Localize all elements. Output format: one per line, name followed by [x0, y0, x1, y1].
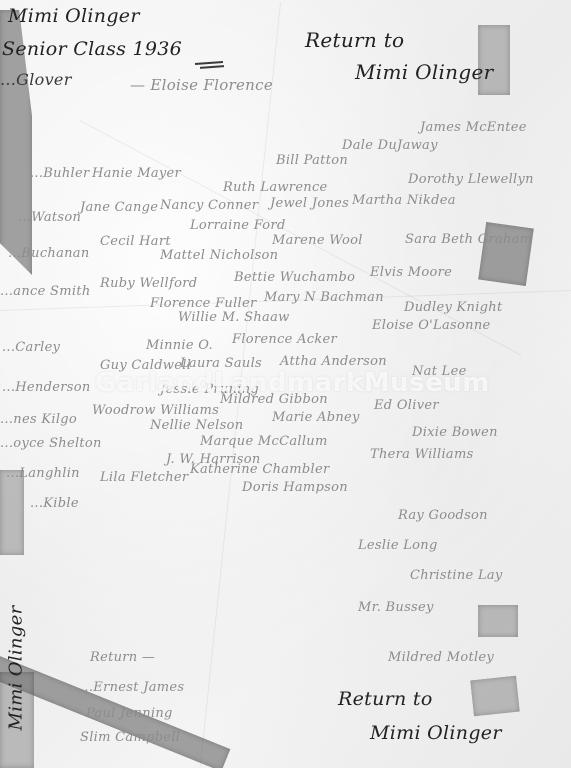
signature: Mary N Bachman — [264, 290, 384, 305]
signature: ...nes Kilgo — [0, 412, 77, 427]
signature: ...Kible — [30, 496, 79, 511]
header-line3-right: — Eloise Florence — [130, 76, 273, 94]
return-to-bottom-line2: Mimi Olinger — [370, 722, 502, 744]
signature: Cecil Hart — [100, 234, 171, 249]
tape-right-bottom — [470, 676, 520, 717]
signature: Doris Hampson — [242, 480, 348, 495]
header-line3-left: ...Glover — [0, 70, 72, 89]
signature: Hanie Mayer — [92, 166, 181, 181]
signature: Jewel Jones — [270, 196, 349, 211]
signature: Nellie Nelson — [150, 418, 243, 433]
signature: Dudley Knight — [404, 300, 503, 315]
signature: ...Buhler — [30, 166, 89, 181]
signature: Attha Anderson — [280, 354, 387, 369]
signature: Return — — [90, 650, 155, 665]
signature: Lorraine Ford — [190, 218, 286, 233]
signature: ...Watson — [18, 210, 81, 225]
signature: Ruby Wellford — [100, 276, 197, 291]
side-margin-owner-name: Mimi Olinger — [6, 611, 27, 731]
signature: Bettie Wuchambo — [234, 270, 355, 285]
signature: Nancy Conner — [160, 198, 258, 213]
signature: Mattel Nicholson — [160, 248, 278, 263]
signature: ...Ernest James — [80, 680, 184, 695]
signature: Lila Fletcher — [100, 470, 188, 485]
signature: Dixie Bowen — [412, 425, 498, 440]
signature: Florence Acker — [232, 332, 337, 347]
year-underline — [200, 65, 224, 69]
signature: Marque McCallum — [200, 434, 328, 449]
signature: Ed Oliver — [374, 398, 439, 413]
signature: ...Carley — [2, 340, 60, 355]
signature: Minnie O. — [146, 338, 213, 353]
signature: Dorothy Llewellyn — [408, 172, 534, 187]
museum-watermark: GarlandLandmarkMuseum — [95, 368, 490, 398]
return-to-bottom-line1: Return to — [338, 688, 433, 710]
signature: ...ance Smith — [0, 284, 91, 299]
signature: Paul Jenning — [86, 706, 173, 721]
signature: ...Langhlin — [6, 466, 80, 481]
signature: ...Henderson — [2, 380, 91, 395]
signature: Leslie Long — [358, 538, 438, 553]
signature: Ruth Lawrence — [223, 180, 328, 195]
return-to-top-line1: Return to — [305, 28, 404, 52]
header-class-year: Senior Class 1936 — [2, 38, 182, 60]
signature: James McEntee — [420, 120, 527, 135]
year-underline — [195, 61, 223, 65]
signature: Eloise O'Lasonne — [372, 318, 490, 333]
signature: Marie Abney — [272, 410, 360, 425]
signature: Elvis Moore — [370, 265, 452, 280]
signature: Slim Campbell — [80, 730, 180, 745]
signature: Katherine Chambler — [190, 462, 330, 477]
tape-right-lower — [478, 605, 518, 637]
signature: Mildred Motley — [388, 650, 494, 665]
tape-left-mid — [0, 470, 24, 555]
signature: Florence Fuller — [150, 296, 257, 311]
signature: ...Buchanan — [8, 246, 90, 261]
signature: Thera Williams — [370, 447, 474, 462]
signature: Willie M. Shaaw — [178, 310, 290, 325]
signature: ...oyce Shelton — [0, 436, 102, 451]
signature: Martha Nikdea — [352, 193, 456, 208]
signature: Marene Wool — [272, 233, 363, 248]
scanned-autograph-page: Mimi Olinger Senior Class 1936 ...Glover… — [0, 0, 571, 768]
signature: Jane Cange — [80, 200, 158, 215]
signature: Dale DuJaway — [342, 138, 438, 153]
signature: Sara Beth Graham — [405, 232, 532, 247]
signature: Mr. Bussey — [358, 600, 434, 615]
return-to-top-line2: Mimi Olinger — [355, 60, 493, 84]
signature: Christine Lay — [410, 568, 503, 583]
header-owner-name: Mimi Olinger — [8, 5, 140, 27]
signature: Bill Patton — [276, 153, 348, 168]
signature: Woodrow Williams — [92, 403, 219, 418]
signature: Ray Goodson — [398, 508, 488, 523]
